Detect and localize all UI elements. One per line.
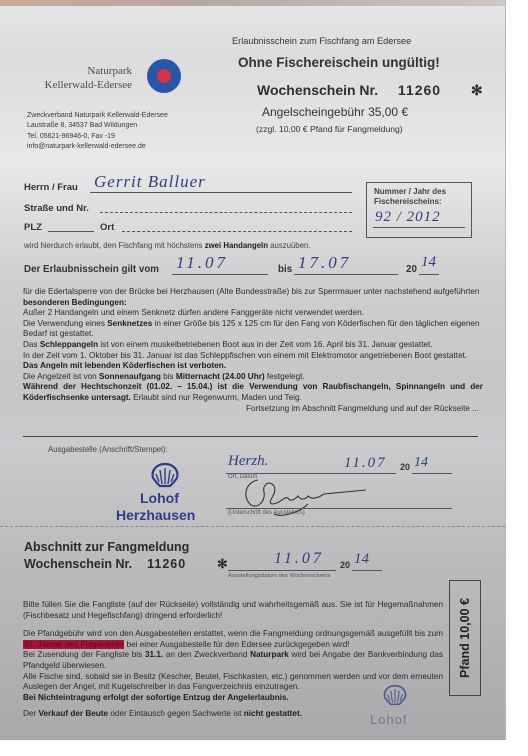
shell-stamp-icon	[150, 462, 180, 488]
signature-caption: (Unterschrift des Ausstellers)	[228, 510, 305, 516]
permission-text-end: auszuüben.	[268, 241, 310, 250]
condition-paragraph: für die Edertalsperre von der Brücke bei…	[23, 287, 483, 308]
catch-paragraph: Alle Fische sind, sobald sie in Besitz (…	[23, 672, 443, 693]
address-line: Zweckverband Naturpark Kellerwald-Ederse…	[27, 111, 227, 121]
condition-text: Das	[23, 340, 40, 349]
license-number-field[interactable]: 92 / 2012	[373, 211, 465, 228]
catch-issue-date-value: 11.07	[274, 550, 324, 568]
catch-paragraph: Bei Zusendung der Fangliste bis 31.1. an…	[23, 650, 443, 671]
condition-text: ist von einem muskelbetriebenen Boot aus…	[98, 340, 433, 349]
issue-year-value: 14	[414, 455, 428, 471]
condition-bold: Mitternacht (24.00 Uhr)	[176, 372, 265, 381]
issuer-stamp-line2: Herzhausen	[116, 507, 195, 523]
shell-stamp-icon	[382, 684, 408, 706]
catch-text: bei einer Ausgabestelle für den Edersee …	[124, 640, 349, 649]
name-label: Herrn / Frau	[24, 182, 78, 193]
condition-bold: besonderen Bedingungen:	[23, 298, 127, 307]
catch-bold: nicht gestattet.	[244, 709, 302, 718]
issue-place-value: Herzh.	[228, 453, 268, 470]
naturpark-logo-icon	[147, 59, 181, 93]
catch-bold: Naturpark	[250, 650, 289, 659]
catch-text: Bei Zusendung der Fangliste bis	[23, 650, 145, 659]
name-field[interactable]: Gerrit Balluer	[90, 176, 352, 193]
catch-ticket-number: 11260	[147, 557, 186, 571]
condition-paragraph: Das Schleppangeln ist von einem muskelbe…	[23, 340, 483, 351]
naturpark-logo-text: Naturpark Kellerwald-Edersee	[20, 64, 132, 92]
plz-label: PLZ	[24, 222, 42, 233]
condition-paragraph: In der Zeit vom 1. Oktober bis 31. Janua…	[23, 351, 483, 362]
deposit-note: (zzgl. 10,00 € Pfand für Fangmeldung)	[256, 124, 403, 134]
permission-line: wird hierdurch erlaubt, den Fischfang mi…	[24, 241, 310, 250]
catch-paragraph: Bitte füllen Sie die Fangliste (auf der …	[23, 600, 443, 621]
condition-text: Erlaubt sind nur Regenwurm, Maden und Te…	[131, 393, 302, 402]
condition-paragraph: Das Angeln mit lebenden Köderfischen ist…	[23, 361, 483, 372]
permission-bold: zwei Handangeln	[205, 241, 268, 250]
condition-bold: Schleppangeln	[40, 340, 98, 349]
valid-year-value: 14	[421, 254, 436, 271]
fishing-permit-document: Naturpark Kellerwald-Edersee Zweckverban…	[0, 0, 505, 740]
condition-paragraph: Die Angelzeit ist von Sonnenaufgang bis …	[23, 372, 483, 383]
catch-paragraph: Bei Nichteintragung erfolgt der sofortig…	[23, 693, 443, 704]
condition-text: bis	[161, 372, 176, 381]
place-date-field[interactable]: Herzh. 11.07	[226, 461, 396, 474]
condition-bold: Sonnenaufgang	[99, 372, 161, 381]
catch-text: oder Eintausch gegen Sachwerte ist	[108, 709, 244, 718]
condition-text: Die Angelzeit ist von	[23, 372, 99, 381]
issuer-stamp-line1: Lohof	[140, 490, 179, 506]
logo-line-2: Kellerwald-Edersee	[20, 78, 132, 92]
issue-date-value: 11.07	[344, 455, 387, 472]
condition-bold: Das Angeln mit lebenden Köderfischen ist…	[23, 361, 226, 370]
city-label: Ort	[100, 222, 114, 233]
catch-ticket-label: Wochenschein Nr.	[24, 557, 132, 571]
city-field[interactable]	[122, 225, 352, 232]
catch-report-text: Bitte füllen Sie die Fangliste (auf der …	[23, 600, 443, 720]
plz-field[interactable]	[48, 225, 94, 232]
catch-bold: 31.1.	[145, 650, 163, 659]
condition-text: Die Verwendung eines	[23, 319, 107, 328]
highlighted-deadline: 31. Januar des Folgejahres	[23, 640, 124, 649]
deposit-box: Pfand 10,00 €	[449, 580, 481, 696]
condition-text: festgelegt.	[265, 372, 305, 381]
catch-bold: Verkauf der Beute	[38, 709, 108, 718]
valid-year-field[interactable]: 14	[419, 260, 439, 275]
catch-text: an den Zweckverband	[163, 650, 250, 659]
condition-text: für die Edertalsperre von der Brücke bei…	[23, 287, 479, 296]
valid-to-field[interactable]: 17.07	[294, 260, 398, 275]
catch-bold: Bei Nichteintragung erfolgt der sofortig…	[23, 693, 289, 702]
signature-field[interactable]	[226, 507, 452, 509]
address-line: Laustraße 8, 34537 Bad Wildungen	[27, 121, 227, 131]
license-box-label: Nummer / Jahr des Fischereischeins:	[374, 187, 469, 207]
permission-text: wird hierdurch erlaubt, den Fischfang mi…	[24, 241, 205, 250]
issuer-label: Ausgabestelle (Anschrift/Stempel):	[48, 445, 168, 454]
validity-to-label: bis	[278, 264, 292, 275]
validity-year-prefix: 20	[406, 264, 417, 275]
ticket-label: Wochenschein Nr.	[257, 82, 378, 98]
issue-year-prefix: 20	[400, 462, 410, 472]
catch-year-prefix: 20	[340, 560, 350, 570]
validity-label: Der Erlaubnisschein gilt vom	[24, 264, 159, 275]
faint-stamp-text: Lohof	[370, 712, 408, 727]
name-value: Gerrit Balluer	[94, 172, 206, 192]
condition-paragraph: Außer 2 Handangeln und einem Senknetz dü…	[23, 308, 483, 319]
asterisk-icon: ✻	[217, 557, 227, 571]
street-label: Straße und Nr.	[24, 203, 89, 214]
street-field[interactable]	[100, 206, 352, 213]
warning-title: Ohne Fischereischein ungültig!	[238, 55, 488, 70]
valid-from-field[interactable]: 11.07	[172, 260, 268, 275]
asterisk-icon: ✻	[471, 82, 483, 98]
valid-to-value: 17.07	[298, 253, 351, 273]
address-line: Tel. 05621-96946-0, Fax -19	[27, 132, 227, 142]
catch-text: Die Pfandgebühr wird von den Ausgabestel…	[23, 629, 443, 638]
catch-year-field[interactable]: 14	[352, 558, 382, 571]
continuation-note: Fortsetzung im Abschnitt Fangmeldung und…	[23, 404, 483, 415]
catch-report-ticket-line: Wochenschein Nr. 11260 ✻	[24, 556, 228, 571]
valid-from-value: 11.07	[176, 253, 228, 273]
photo-edge	[0, 0, 505, 6]
catch-year-value: 14	[354, 551, 369, 568]
logo-line-1: Naturpark	[20, 64, 132, 78]
license-number-value: 92 / 2012	[375, 209, 441, 226]
condition-bold: Senknetzes	[107, 319, 152, 328]
catch-text: Der	[23, 709, 38, 718]
deposit-amount: Pfand 10,00 €	[458, 598, 472, 678]
catch-issue-date-field[interactable]: 11.07	[228, 558, 336, 571]
issue-year-field[interactable]: 14	[412, 461, 452, 474]
catch-report-title: Abschnitt zur Fangmeldung	[24, 540, 189, 554]
condition-paragraph: Während der Hechtschonzeit (01.02. – 15.…	[23, 382, 483, 403]
fee-text: Angelscheingebühr 35,00 €	[262, 105, 408, 119]
conditions-text: für die Edertalsperre von der Brücke bei…	[23, 287, 483, 414]
permit-subtitle: Erlaubnisschein zum Fischfang am Edersee	[232, 36, 482, 46]
license-number-box: Nummer / Jahr des Fischereischeins: 92 /…	[366, 182, 472, 238]
org-address: Zweckverband Naturpark Kellerwald-Ederse…	[27, 111, 227, 153]
tear-off-line	[0, 526, 505, 527]
ticket-number: 11260	[398, 82, 441, 98]
condition-paragraph: Die Verwendung eines Senknetzes in einer…	[23, 319, 483, 340]
ticket-number-line: Wochenschein Nr. 11260 ✻	[257, 82, 483, 99]
catch-paragraph: Die Pfandgebühr wird von den Ausgabestel…	[23, 629, 443, 650]
catch-issue-date-caption: Ausstellungsdatum des Wochenscheins	[228, 573, 330, 579]
section-divider	[23, 436, 478, 437]
address-line: info@naturpark-kellerwald-edersee.de	[27, 142, 227, 152]
